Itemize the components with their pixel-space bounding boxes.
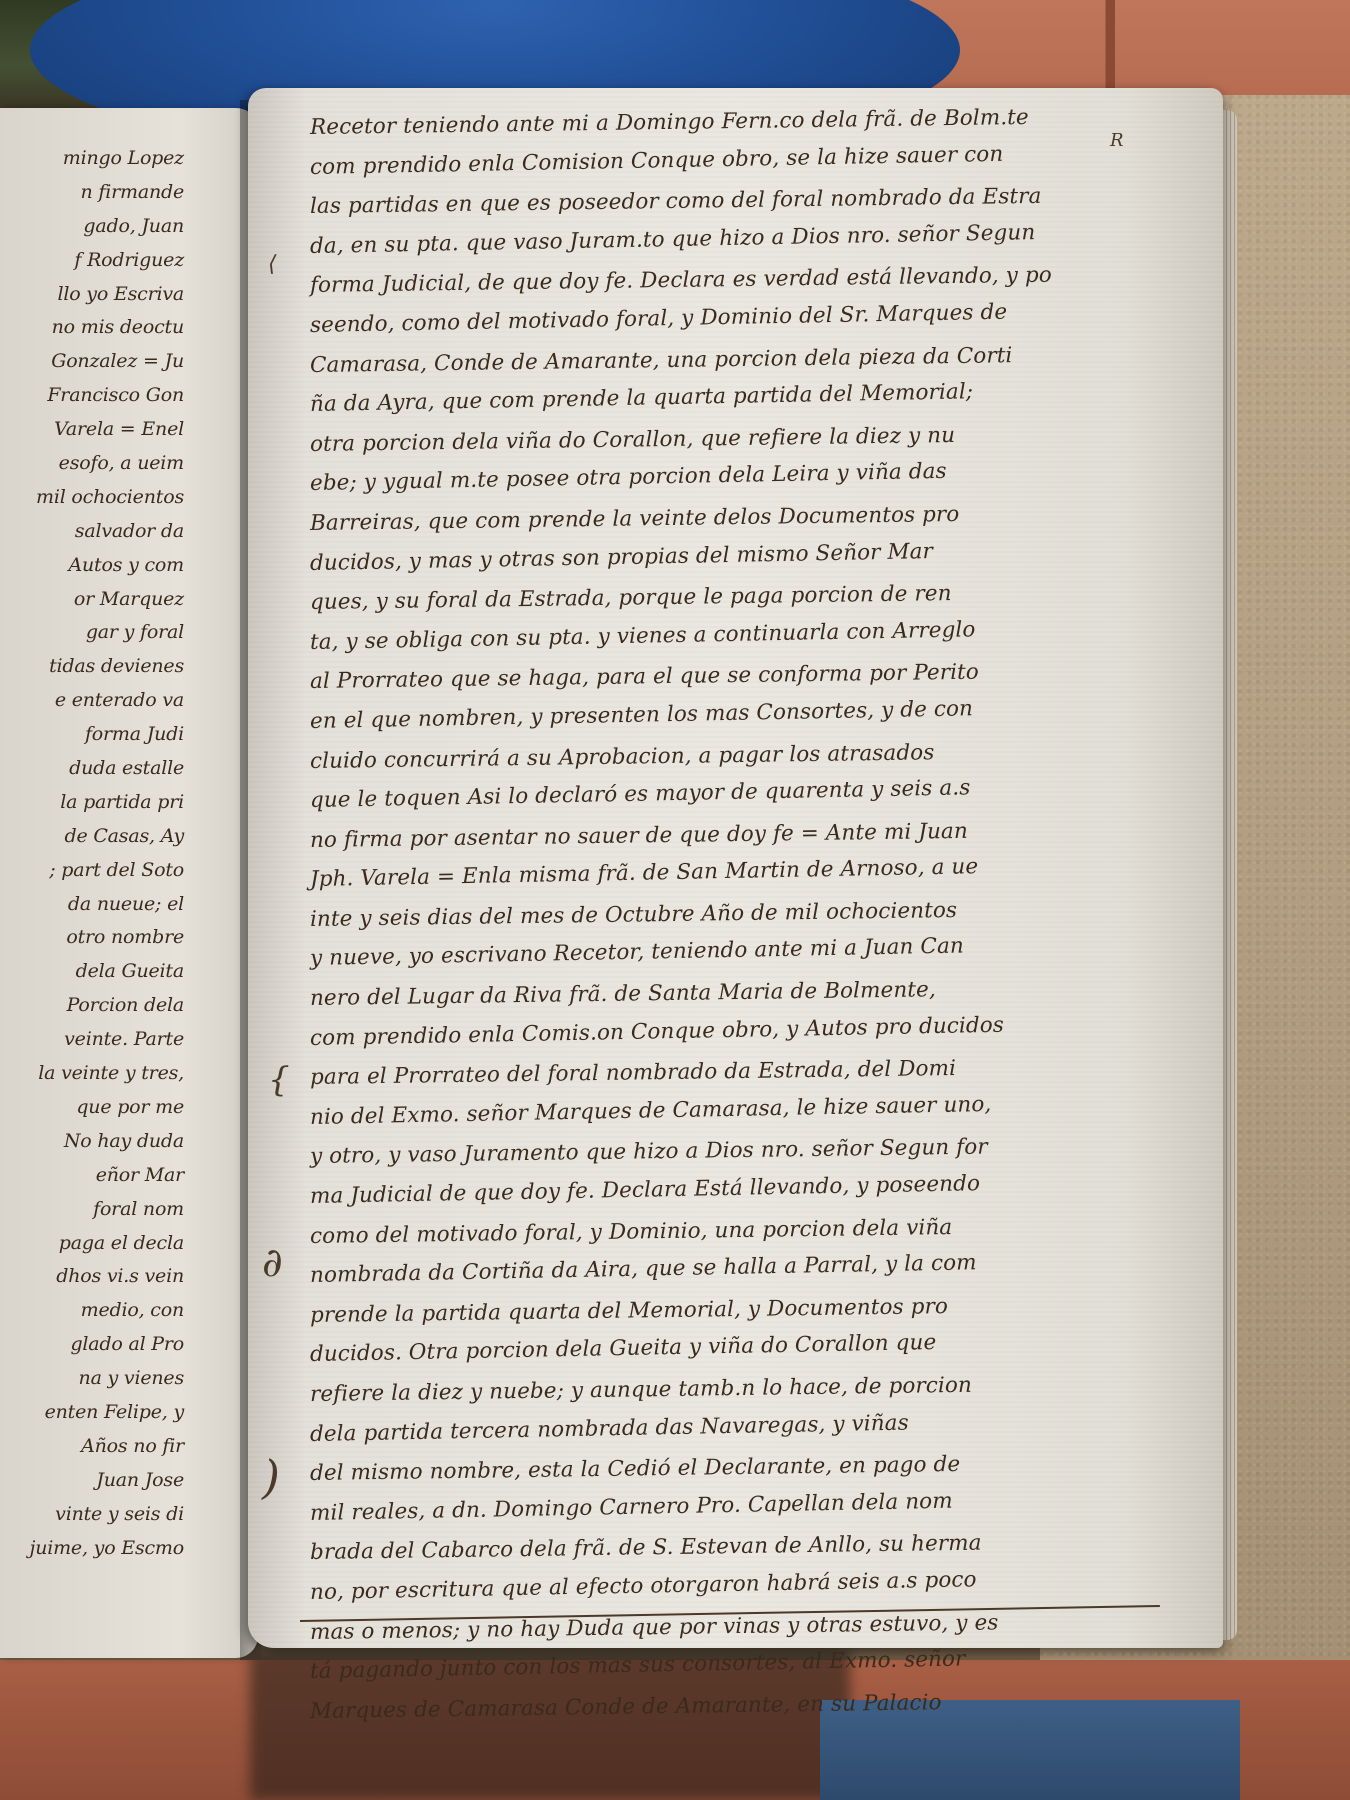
manuscript-line: otro nombre bbox=[0, 921, 240, 955]
manuscript-line: de Casas, Ay bbox=[0, 820, 240, 854]
manuscript-line: Varela = Enel bbox=[0, 413, 240, 447]
margin-bracket-mark: { bbox=[268, 1060, 290, 1100]
manuscript-line: gado, Juan bbox=[0, 210, 240, 244]
manuscript-line: ; part del Soto bbox=[0, 854, 240, 888]
manuscript-line: dela Gueita bbox=[0, 955, 240, 989]
right-page-text: Recetor teniendo ante mi a Domingo Fern.… bbox=[310, 108, 1190, 1731]
manuscript-line: or Marquez bbox=[0, 583, 240, 617]
manuscript-line: vinte y seis di bbox=[0, 1498, 240, 1532]
manuscript-line: salvador da bbox=[0, 515, 240, 549]
manuscript-line: no mis deoctu bbox=[0, 311, 240, 345]
margin-bracket-mark: ) bbox=[262, 1450, 280, 1504]
manuscript-line: llo yo Escriva bbox=[0, 278, 240, 312]
manuscript-line: e enterado va bbox=[0, 684, 240, 718]
manuscript-line: na y vienes bbox=[0, 1362, 240, 1396]
manuscript-line: enten Felipe, y bbox=[0, 1396, 240, 1430]
manuscript-line: f Rodriguez bbox=[0, 244, 240, 278]
manuscript-line: juime, yo Escmo bbox=[0, 1532, 240, 1566]
manuscript-line: tidas devienes bbox=[0, 650, 240, 684]
manuscript-line: la veinte y tres, bbox=[0, 1057, 240, 1091]
manuscript-line: Gonzalez = Ju bbox=[0, 345, 240, 379]
manuscript-line: paga el decla bbox=[0, 1227, 240, 1261]
manuscript-line: dhos vi.s vein bbox=[0, 1260, 240, 1294]
manuscript-line: glado al Pro bbox=[0, 1328, 240, 1362]
manuscript-line: veinte. Parte bbox=[0, 1023, 240, 1057]
manuscript-line: esofo, a ueim bbox=[0, 447, 240, 481]
manuscript-line: la partida pri bbox=[0, 786, 240, 820]
manuscript-line: Autos y com bbox=[0, 549, 240, 583]
manuscript-line: foral nom bbox=[0, 1193, 240, 1227]
margin-bracket-mark: ∂ bbox=[262, 1240, 283, 1286]
manuscript-line: forma Judi bbox=[0, 718, 240, 752]
manuscript-line: mingo Lopez bbox=[0, 142, 240, 176]
left-page-text: mingo Lopezn firmandegado, Juanf Rodrigu… bbox=[0, 142, 240, 1565]
manuscript-line: medio, con bbox=[0, 1294, 240, 1328]
left-page: mingo Lopezn firmandegado, Juanf Rodrigu… bbox=[0, 108, 258, 1658]
manuscript-line: que por me bbox=[0, 1091, 240, 1125]
manuscript-line: duda estalle bbox=[0, 752, 240, 786]
manuscript-line: da nueue; el bbox=[0, 888, 240, 922]
manuscript-line: No hay duda bbox=[0, 1125, 240, 1159]
manuscript-line: mil ochocientos bbox=[0, 481, 240, 515]
manuscript-line: Años no fir bbox=[0, 1430, 240, 1464]
manuscript-line: gar y foral bbox=[0, 616, 240, 650]
manuscript-line: n firmande bbox=[0, 176, 240, 210]
manuscript-line: Francisco Gon bbox=[0, 379, 240, 413]
margin-bracket-mark: ⟨ bbox=[268, 252, 277, 277]
manuscript-line: Porcion dela bbox=[0, 989, 240, 1023]
manuscript-line: eñor Mar bbox=[0, 1159, 240, 1193]
manuscript-line: Juan Jose bbox=[0, 1464, 240, 1498]
